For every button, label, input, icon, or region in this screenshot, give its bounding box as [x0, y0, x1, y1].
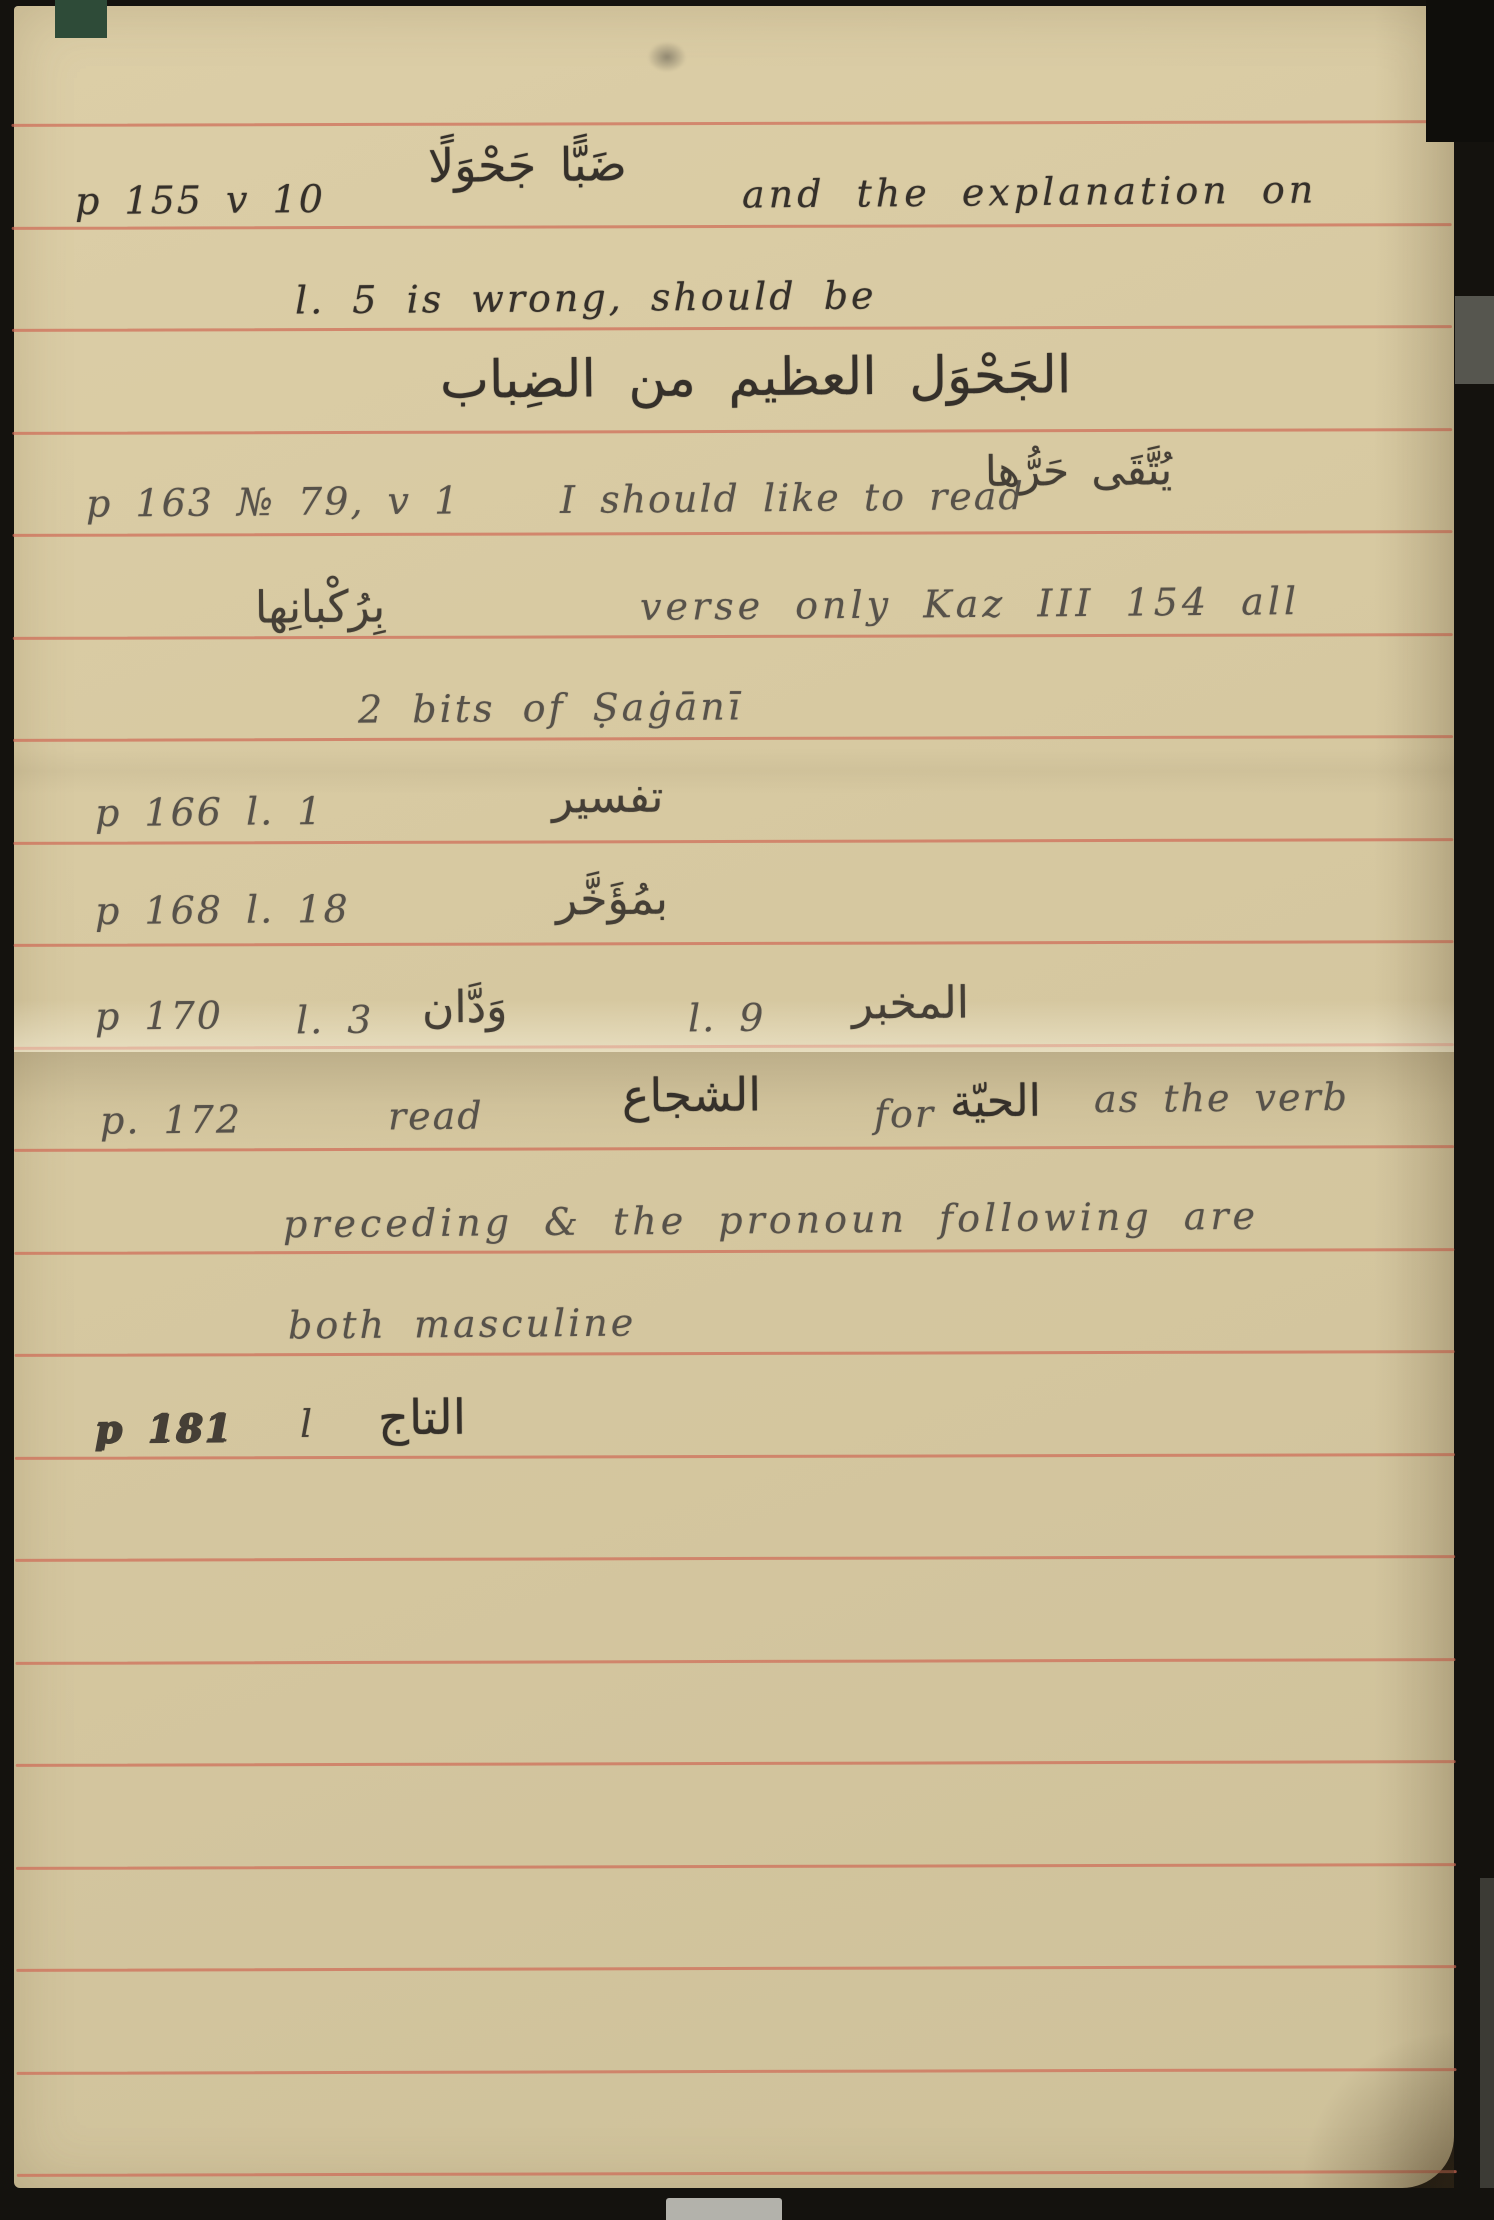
- line11-note: preceding & the pronoun following are: [283, 1194, 1259, 1247]
- rule-line: [15, 1350, 1455, 1357]
- rule-line: [16, 1760, 1456, 1767]
- line1-page-ref: p 155 v 10: [75, 177, 325, 223]
- rule-line: [12, 223, 1452, 230]
- rule-line: [12, 325, 1452, 332]
- paper-edge-shadow: [1374, 6, 1454, 2188]
- line9-page-ref: p 170: [95, 993, 223, 1038]
- rule-line: [15, 1658, 1455, 1665]
- rule-line: [15, 1453, 1455, 1460]
- rule-line: [16, 1863, 1456, 1870]
- rule-line: [13, 633, 1453, 640]
- line1-arabic: ضَبًّا جَحْوَلًا: [428, 137, 627, 193]
- line7-arabic: تفسير: [552, 772, 664, 824]
- line9-arabic-b: المخبر: [852, 977, 969, 1029]
- rule-line: [12, 428, 1452, 435]
- line6-note: 2 bits of Ṣaġānī: [358, 684, 743, 731]
- line12-note: both masculine: [288, 1300, 637, 1347]
- rule-line: [14, 1248, 1454, 1255]
- line9-line-ref-a: l. 3: [296, 998, 374, 1043]
- rule-line: [13, 735, 1453, 742]
- line7-page-ref: p 166 l. 1: [95, 789, 324, 835]
- scanned-document: { "document": { "kind": "Handwritten phi…: [0, 0, 1494, 2220]
- rule-line: [13, 838, 1453, 845]
- scan-bed-grey-patch: [1455, 296, 1494, 384]
- line4-arabic: يُتَّقَى حَرُّها: [985, 445, 1172, 496]
- ink-smudge: [648, 42, 686, 72]
- line5-arabic: بِرُكْبانِها: [255, 581, 386, 633]
- green-edge-tab: [55, 0, 107, 38]
- line13-arabic: التاج: [378, 1390, 467, 1447]
- line10-page-ref: p. 172: [100, 1097, 242, 1142]
- line10-arabic-a: الشجاع: [622, 1067, 761, 1122]
- line13-line-ref: l: [300, 1402, 315, 1446]
- rule-line: [17, 2170, 1457, 2177]
- line13-page-ref: p 181: [95, 1405, 234, 1451]
- line1-note: and the explanation on: [742, 167, 1318, 216]
- paper-shading-band: [14, 748, 1454, 794]
- line10-note: as the verb: [1094, 1075, 1349, 1121]
- line9-line-ref-b: l. 9: [688, 996, 766, 1041]
- line10-read: read: [388, 1094, 484, 1139]
- line10-for: for: [874, 1092, 935, 1137]
- line4-page-ref: p 163 № 79, v 1: [86, 478, 461, 525]
- line8-page-ref: p 168 l. 18: [95, 887, 350, 933]
- scan-bed-bottom-tab: [666, 2198, 782, 2220]
- line8-arabic: بمُؤَخَّر: [556, 874, 668, 926]
- rule-line: [17, 2068, 1457, 2075]
- rule-line: [15, 1555, 1455, 1562]
- scan-bed-right-sliver: [1480, 1878, 1494, 2188]
- line3-arabic: الجَحْوَل العظيم من الضِباب: [440, 345, 1072, 411]
- rule-line: [14, 940, 1454, 947]
- line4-note: I should like to read: [560, 474, 1025, 522]
- line9-arabic-a: وَدَّان: [422, 982, 508, 1034]
- line10-arabic-b: الحيّة: [950, 1076, 1041, 1128]
- rule-line: [16, 1965, 1456, 1972]
- line2-note: l. 5 is wrong, should be: [295, 273, 877, 322]
- corner-fold-shadow: [1300, 2030, 1454, 2188]
- scan-bed-corner: [1426, 0, 1494, 142]
- rule-line: [12, 530, 1452, 537]
- line5-note: verse only Kaz III 154 all: [640, 579, 1300, 629]
- rule-line: [11, 120, 1451, 127]
